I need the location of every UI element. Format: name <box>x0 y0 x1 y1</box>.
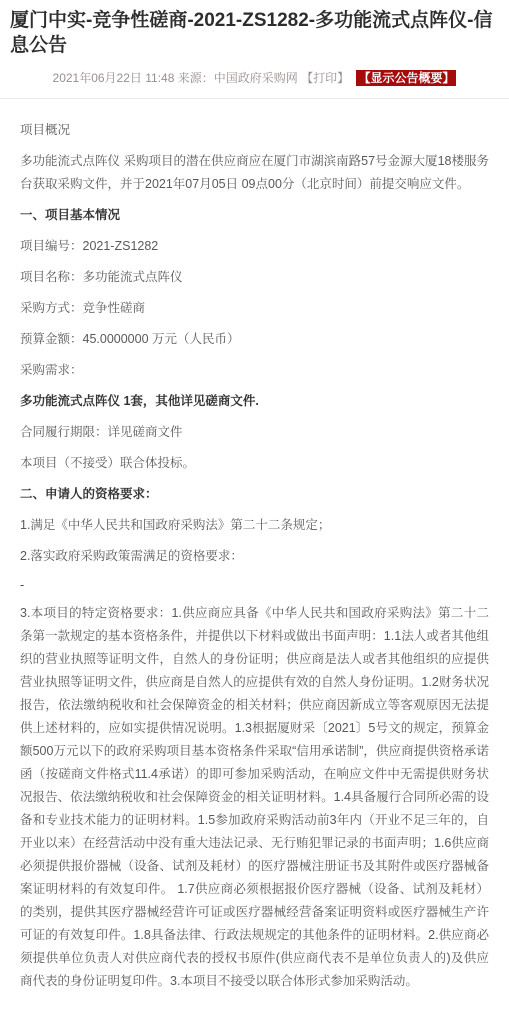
section-qualification-heading: 二、申请人的资格要求： <box>20 483 489 506</box>
project-number: 项目编号：2021-ZS1282 <box>20 235 489 258</box>
overview-heading: 项目概况 <box>20 119 489 142</box>
project-name: 项目名称：多功能流式点阵仪 <box>20 266 489 289</box>
qualification-item-1: 1.满足《中华人民共和国政府采购法》第二十二条规定； <box>20 514 489 537</box>
section-basic-info-heading: 一、项目基本情况 <box>20 204 489 227</box>
budget-amount: 预算金额：45.0000000 万元（人民币） <box>20 328 489 351</box>
qualification-item-2: 2.落实政府采购政策需满足的资格要求： <box>20 545 489 568</box>
intro-paragraph: 多功能流式点阵仪 采购项目的潜在供应商应在厦门市湖滨南路57号金源大厦18楼服务… <box>20 150 489 196</box>
announcement-header: 厦门中实-竞争性磋商-2021-ZS1282-多功能流式点阵仪-信息公告 202… <box>0 0 509 86</box>
meta-line: 2021年06月22日 11:48 来源：中国政府采购网 【打印】 【显示公告概… <box>10 70 499 86</box>
requirement-detail: 多功能流式点阵仪 1套，其他详见磋商文件. <box>20 390 489 413</box>
source-label: 来源：中国政府采购网 <box>178 71 298 85</box>
qualification-item-3: 3.本项目的特定资格要求：1.供应商应具备《中华人民共和国政府采购法》第二十二条… <box>20 602 489 993</box>
announcement-body: 项目概况 多功能流式点阵仪 采购项目的潜在供应商应在厦门市湖滨南路57号金源大厦… <box>0 99 509 1017</box>
procurement-method: 采购方式：竞争性磋商 <box>20 297 489 320</box>
qualification-dash: - <box>20 576 489 594</box>
requirement-label: 采购需求： <box>20 359 489 382</box>
page-title: 厦门中实-竞争性磋商-2021-ZS1282-多功能流式点阵仪-信息公告 <box>10 8 499 58</box>
consortium-note: 本项目（不接受）联合体投标。 <box>20 452 489 475</box>
contract-period: 合同履行期限：详见磋商文件 <box>20 421 489 444</box>
print-link[interactable]: 【打印】 <box>301 71 349 85</box>
publish-datetime: 2021年06月22日 11:48 <box>53 71 175 85</box>
show-summary-badge[interactable]: 【显示公告概要】 <box>356 70 456 86</box>
